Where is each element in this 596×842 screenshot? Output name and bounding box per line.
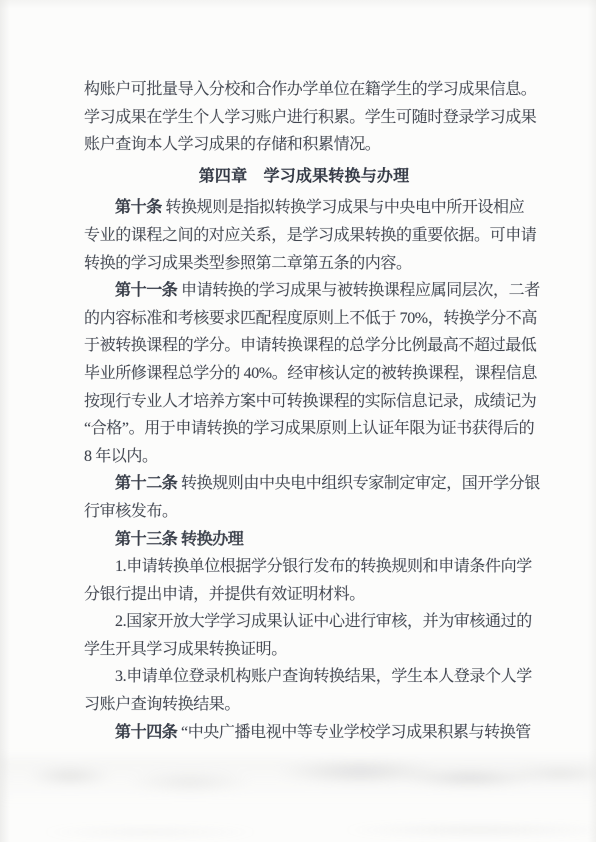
text-line: 构账户可批量导入分校和合作办学单位在籍学生的学习成果信息。: [84, 76, 524, 104]
chapter-heading: 第四章 学习成果转换与办理: [84, 163, 524, 191]
article-number-label: 第十三条: [115, 531, 177, 548]
text-line: 第十二条 转换规则由中央电中组织专家制定审定，国开学分银: [84, 470, 524, 498]
text-line: 学生开具学习成果转换证明。: [84, 636, 524, 664]
scan-artifact-band: [0, 758, 596, 804]
text-line: 第十一条 申请转换的学习成果与被转换课程应属同层次，二者: [84, 277, 524, 305]
text-line: 1.申请转换单位根据学分银行发布的转换规则和申请条件向学: [84, 553, 524, 581]
text-line: 2.国家开放大学学习成果认证中心进行审核，并为审核通过的: [84, 608, 524, 636]
text-line: 毕业所修课程总学分的 40%。经审核认定的被转换课程，课程信息: [84, 360, 524, 388]
text-line: 习账户查询转换结果。: [84, 691, 524, 719]
document-page: 构账户可批量导入分校和合作办学单位在籍学生的学习成果信息。学习成果在学生个人学习…: [0, 0, 596, 842]
text-line: 的内容标准和考核要求匹配程度原则上不低于 70%，转换学分不高: [84, 305, 524, 333]
text-line: 于被转换课程的学分。申请转换课程的总学分比例最高不超过最低: [84, 332, 524, 360]
text-line: 8 年以内。: [84, 443, 524, 471]
text-line: 第十四条 “中央广播电视中等专业学校学习成果积累与转换管: [84, 719, 524, 747]
text-line: 第十条 转换规则是指拟转换学习成果与中央电中所开设相应: [84, 194, 524, 222]
article-number-label: 第十条: [115, 199, 162, 216]
text-line: 学习成果在学生个人学习账户进行积累。学生可随时登录学习成果: [84, 104, 524, 132]
text-line: 按现行专业人才培养方案中可转换课程的实际信息记录，成绩记为: [84, 388, 524, 416]
text-line: 分银行提出申请，并提供有效证明材料。: [84, 581, 524, 609]
article-number-label: 第十二条: [115, 475, 177, 492]
text-line: 3.申请单位登录机构账户查询转换结果，学生本人登录个人学: [84, 663, 524, 691]
text-line: 第十三条 转换办理: [84, 526, 524, 554]
text-line: “合格”。用于申请转换的学习成果原则上认证年限为证书获得后的: [84, 415, 524, 443]
article-number-label: 第十四条: [115, 724, 177, 741]
article-number-label: 第十一条: [115, 282, 177, 299]
text-line: 转换的学习成果类型参照第二章第五条的内容。: [84, 250, 524, 278]
text-line: 账户查询本人学习成果的存储和积累情况。: [84, 131, 524, 159]
document-body: 构账户可批量导入分校和合作办学单位在籍学生的学习成果信息。学习成果在学生个人学习…: [84, 76, 524, 746]
text-line: 行审核发布。: [84, 498, 524, 526]
text-line: 专业的课程之间的对应关系，是学习成果转换的重要依据。可申请: [84, 222, 524, 250]
scan-artifact-band-bottom: [0, 818, 596, 842]
